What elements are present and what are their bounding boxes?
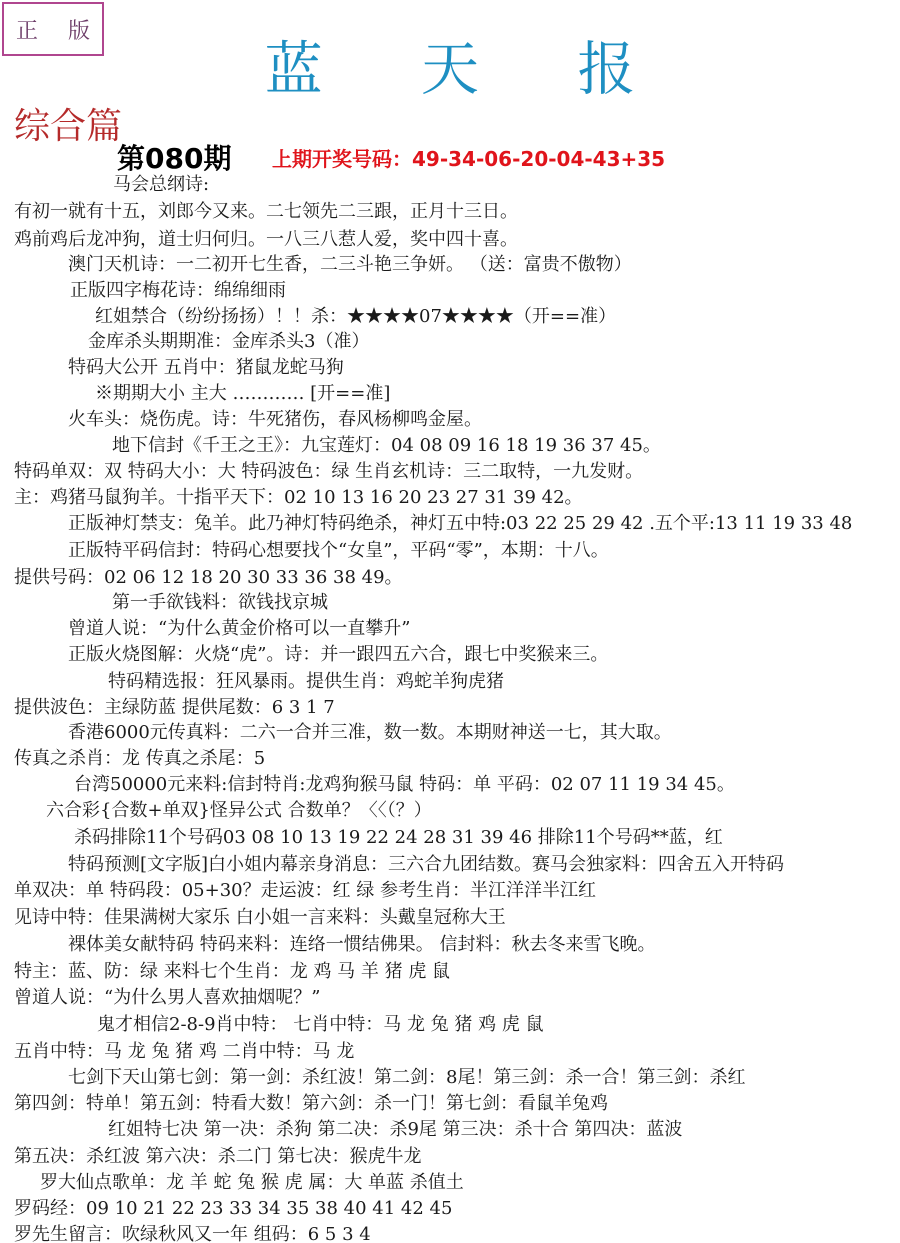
text-line: 特主：蓝、防：绿 来料七个生肖：龙 鸡 马 羊 猪 虎 鼠 — [14, 960, 450, 984]
text-line: 主：鸡猪马鼠狗羊。十指平天下：02 10 13 16 20 23 27 31 3… — [14, 486, 583, 510]
text-line: 正版特平码信封：特码心想要找个“女皇”，平码“零”，本期：十八。 — [68, 539, 609, 563]
text-line: 地下信封《千王之王》：九宝莲灯：04 08 09 16 18 19 36 37 … — [112, 434, 661, 458]
text-line: 香港6000元传真料：二六一合并三准，数一数。本期财神送一七，其大取。 — [68, 721, 672, 745]
text-line: 红姐禁合（纷纷扬扬）！！杀：★★★★07★★★★（开==准） — [95, 305, 616, 329]
text-line: 正版火烧图解：火烧“虎”。诗：并一跟四五六合，跟七中奖猴来三。 — [68, 643, 608, 667]
text-line: 有初一就有十五，刘郎今又来。二七领先二三跟，正月十三日。 — [14, 200, 518, 224]
text-line: 罗大仙点歌单：龙 羊 蛇 兔 猴 虎 属：大 单蓝 杀值土 — [40, 1171, 464, 1195]
text-line: 罗先生留言：吹绿秋风又一年 组码：6 5 3 4 — [14, 1223, 371, 1243]
text-line: 特码精选报：狂风暴雨。提供生肖：鸡蛇羊狗虎猪 — [108, 670, 504, 694]
text-line: 火车头：烧伤虎。诗：牛死猪伤，春风杨柳鸣金屋。 — [68, 408, 482, 432]
text-line: 裸体美女献特码 特码来料：连络一惯结佛果。 信封料：秋去冬来雪飞晚。 — [68, 933, 655, 957]
last-draw-numbers: 上期开奖号码：49-34-06-20-04-43+35 — [272, 143, 665, 172]
text-line: 第四剑：特单！第五剑：特看大数！第六剑：杀一门！第七剑：看鼠羊兔鸡 — [14, 1092, 608, 1116]
text-line: 单双决：单 特码段：05+30？走运波：红 绿 参考生肖：半江洋洋半江红 — [14, 879, 596, 903]
text-line: 第一手欲钱料：欲钱找京城 — [112, 591, 328, 615]
text-line: 特码预测[文字版]白小姐内幕亲身消息：三六合九团结数。赛马会独家料：四舍五入开特… — [68, 853, 784, 877]
section-heading: 综合篇 — [14, 98, 122, 149]
text-line: 第五决：杀红波 第六决：杀二门 第七决：猴虎牛龙 — [14, 1145, 421, 1169]
text-line: 曾道人说：“为什么男人喜欢抽烟呢？” — [14, 986, 320, 1010]
text-line: 马会总纲诗: — [113, 173, 209, 197]
text-line: 鬼才相信2-8-9肖中特： 七肖中特：马 龙 兔 猪 鸡 虎 鼠 — [97, 1013, 544, 1037]
text-line: 特码大公开 五肖中：猪鼠龙蛇马狗 — [68, 356, 344, 380]
text-line: 红姐特七决 第一决：杀狗 第二决：杀9尾 第三决：杀十合 第四决：蓝波 — [108, 1118, 682, 1142]
text-line: 五肖中特：马 龙 兔 猪 鸡 二肖中特：马 龙 — [14, 1040, 354, 1064]
text-line: 六合彩{合数+单双}怪异公式 合数单？〈〈（？） — [46, 799, 432, 823]
text-line: 传真之杀肖：龙 传真之杀尾：5 — [14, 747, 265, 771]
newspaper-title: 蓝 天 报 — [0, 22, 900, 106]
text-line: 杀码排除11个号码03 08 10 13 19 22 24 28 31 39 4… — [74, 826, 723, 850]
text-line: 鸡前鸡后龙冲狗，道士归何归。一八三八惹人爱，奖中四十喜。 — [14, 228, 518, 252]
text-line: 正版四字梅花诗：绵绵细雨 — [70, 279, 286, 303]
text-line: 澳门天机诗：一二初开七生香，二三斗艳三争妍。 （送：富贵不傲物） — [68, 253, 632, 277]
issue-number: 第080期 — [117, 137, 231, 177]
text-line: 曾道人说：“为什么黄金价格可以一直攀升” — [68, 617, 410, 641]
text-line: 提供号码：02 06 12 18 20 30 33 36 38 49。 — [14, 566, 403, 590]
text-line: 台湾50000元来料:信封特肖:龙鸡狗猴马鼠 特码：单 平码：02 07 11 … — [74, 773, 735, 797]
text-line: 见诗中特：佳果满树大家乐 白小姐一言来料：头戴皇冠称大王 — [14, 906, 506, 930]
text-line: 正版神灯禁支：兔羊。此乃神灯特码绝杀，神灯五中特:03 22 25 29 42 … — [68, 512, 852, 536]
text-line: 特码单双：双 特码大小：大 特码波色：绿 生肖玄机诗：三二取特，一九发财。 — [14, 460, 643, 484]
text-line: 金库杀头期期准：金库杀头3（准） — [88, 330, 369, 354]
text-line: 七剑下天山第七剑：第一剑：杀红波！第二剑：8尾！第三剑：杀一合！第三剑：杀红 — [68, 1066, 745, 1090]
text-line: 提供波色：主绿防蓝 提供尾数：6 3 1 7 — [14, 696, 335, 720]
text-line: ※期期大小 主大 ………… [开==准] — [95, 382, 390, 406]
text-line: 罗码经：09 10 21 22 23 33 34 35 38 40 41 42 … — [14, 1197, 452, 1221]
